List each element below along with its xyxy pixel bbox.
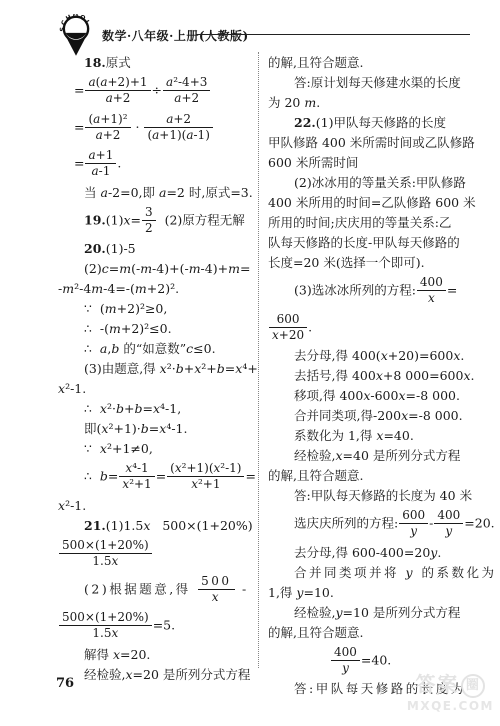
fraction: 600y [399,508,428,539]
content-line: 当 a-2=0,即 a=2 时,原式=3. [58,182,255,202]
text-run: (1)1.5x 500×(1+20%) [106,518,253,533]
text-run: 去分母,得 600-400=20y. [294,545,441,560]
content-line: ∴ a,b 的“如意数”c≤0. [58,338,255,358]
text-run: 合并同类项并将 y 的系数化为 [294,565,497,580]
content-line: ∵ (m+2)²≥0, [58,298,255,318]
fraction: 500x [198,574,234,605]
content-line: 的解,且符合题意. [268,465,470,485]
text-run: 选庆庆所列的方程: [294,516,398,531]
page-content: 18.原式=a(a+2)+1a+2÷a²-4+3a+2=(a+1)²a+2 · … [58,52,470,674]
text-run: ∴ x²·b+b=x⁴-1, [84,401,181,416]
fraction: a+2(a+1)(a-1) [144,112,212,143]
fraction: a+1a-1 [85,148,116,179]
text-run: = [156,469,166,484]
fraction: a(a+2)+1a+2 [85,75,150,106]
text-run: x²-1. [58,498,86,513]
fraction: 500×(1+20%)1.5x [59,610,152,641]
problem-number: 19. [84,212,106,227]
text-run: 经检验,y=10 是所列分式方程 [294,605,460,620]
content-line: 600x+20. [268,309,470,346]
watermark-brand: 答案圈 [407,672,494,698]
content-line: 答:原计划每天修建水渠的长度 [268,72,470,92]
content-line: 去分母,得 600-400=20y. [268,542,470,562]
text-run: 的解,且符合题意. [268,55,363,70]
content-line: 为 20 m. [268,92,470,112]
page-header: SCHOOL 数学·八年级·上册(人教版) [58,14,470,56]
book-title: 数学·八年级·上册(人教版) [102,27,249,44]
left-column: 18.原式=a(a+2)+1a+2÷a²-4+3a+2=(a+1)²a+2 · … [58,52,255,674]
text-run: - [236,581,249,596]
content-line: 经检验,x=20 是所列分式方程 [58,664,255,684]
fraction: (a+1)²a+2 [85,112,130,143]
content-line: 系数化为 1,得 x=40. [268,425,470,445]
fraction: (x²+1)(x²-1)x²+1 [167,461,244,492]
text-run: 当 a-2=0,即 a=2 时,原式=3. [84,185,253,200]
text-run: 甲队修路 400 米所需时间或乙队修路 [268,135,475,150]
text-run: . [308,319,312,334]
content-line: 600 米所需时间 [268,152,470,172]
text-run: = [245,469,255,484]
content-line: 经检验,x=40 是所列分式方程 [268,445,470,465]
fraction: 600x+20 [269,312,307,343]
text-run: 为 20 m. [268,95,320,110]
text-run: = [74,156,84,171]
content-line: 20.(1)-5 [58,238,255,258]
text-run: 经检验,x=40 是所列分式方程 [294,448,460,463]
text-run: 去分母,得 400(x+20)=600x. [294,348,464,363]
text-run: (2)冰冰用的等量关系:甲队修路 [294,175,466,190]
content-line: 的解,且符合题意. [268,622,470,642]
textbook-page: SCHOOL 数学·八年级·上册(人教版) 18.原式=a(a+2)+1a+2÷… [0,0,500,726]
content-line: 500×(1+20%)1.5x [58,535,255,571]
text-run: 经检验,x=20 是所列分式方程 [84,667,250,682]
problem-number: 20. [84,241,106,256]
problem-number: 21. [84,518,106,533]
text-run: ÷ [152,83,162,98]
right-column: 的解,且符合题意.答:原计划每天修建水渠的长度为 20 m.22.(1)甲队每天… [268,52,470,674]
text-run: 答:甲队每天修路的长度为 40 米 [294,488,472,503]
content-line: ∴ x²·b+b=x⁴-1, [58,398,255,418]
content-line: 选庆庆所列的方程:600y-400y=20. [268,505,470,542]
content-line: 22.(1)甲队每天修路的长度 [268,112,470,132]
text-run: · [132,119,144,134]
content-line: x²-1. [58,495,255,515]
content-line: 去分母,得 400(x+20)=600x. [268,345,470,365]
watermark-domain: MXQE.COM [407,699,494,713]
fraction: a²-4+3a+2 [163,75,210,106]
text-run: 队每天修路的长度-甲队每天修路的 [268,235,460,250]
header-rule [196,34,470,35]
text-run: x²-1. [58,381,86,396]
content-line: 经检验,y=10 是所列分式方程 [268,602,470,622]
text-run: 即(x²+1)·b=x⁴-1. [84,421,187,436]
content-line: 即(x²+1)·b=x⁴-1. [58,418,255,438]
text-run: ∵ x²+1≠0, [84,441,153,456]
text-run: - [429,516,433,531]
content-line: (3)由题意,得 x²·b+x²+b=x⁴+ [58,358,255,378]
content-line: =a+1a-1. [58,145,255,182]
text-run: 1,得 y=10. [268,585,334,600]
content-line: (2)c=m(-m-4)+(-m-4)+m= [58,258,255,278]
text-run: 的解,且符合题意. [268,468,363,483]
text-run: 解得 x=20. [84,647,150,662]
content-line: 1,得 y=10. [268,582,470,602]
content-line: (3)选冰冰所列的方程:400x= [268,272,470,309]
text-run: = [447,283,457,298]
column-divider [258,52,259,668]
content-line: ∵ x²+1≠0, [58,438,255,458]
content-line: 21.(1)1.5x 500×(1+20%) [58,515,255,535]
text-run: = [74,83,84,98]
content-line: 移项,得 400x-600x=-8 000. [268,385,470,405]
watermark: 答案圈 MXQE.COM [407,672,494,713]
watermark-circle-badge: 圈 [461,674,485,698]
content-line: (2)根据题意,得 500x - [58,571,255,608]
content-line: ∴ b=x⁴-1x²+1=(x²+1)(x²-1)x²+1= [58,458,255,495]
text-run: (2)根据题意,得 [84,581,197,596]
text-run: 移项,得 400x-600x=-8 000. [294,388,460,403]
watermark-brand-text: 答案 [415,672,459,696]
text-run: 所用的时间;庆庆用的等量关系:乙 [268,215,451,230]
text-run: (1)-5 [106,241,136,256]
text-run: 600 米所需时间 [268,155,358,170]
text-run: =5. [153,618,175,633]
problem-number: 18. [84,55,106,70]
content-line: 500×(1+20%)1.5x=5. [58,607,255,644]
content-line: ∴ -(m+2)²≤0. [58,318,255,338]
content-line: 18.原式 [58,52,255,72]
content-line: 合并同类项并将 y 的系数化为 [268,562,470,582]
text-run: (1)甲队每天修路的长度 [316,115,446,130]
text-run: 原式 [106,55,131,70]
text-run: . [117,156,121,171]
text-run: =40. [361,652,391,667]
content-line: 队每天修路的长度-甲队每天修路的 [268,232,470,252]
text-run: =20. [464,516,494,531]
content-line: 所用的时间;庆庆用的等量关系:乙 [268,212,470,232]
problem-number: 22. [294,115,316,130]
text-run: ∵ (m+2)²≥0, [84,301,167,316]
fraction: 500×(1+20%)1.5x [59,538,152,569]
text-run: 系数化为 1,得 x=40. [294,428,414,443]
text-run: 400 米所用的时间=乙队修路 600 米 [268,195,476,210]
fraction: x⁴-1x²+1 [119,461,154,492]
content-line: 长度=20 米(选择一个即可). [268,252,470,272]
text-run: -m²-4m-4=-(m+2)². [58,281,179,296]
content-line: 解得 x=20. [58,644,255,664]
content-line: -m²-4m-4=-(m+2)². [58,278,255,298]
text-run: ∴ b= [84,469,118,484]
text-run: ∴ a,b 的“如意数”c≤0. [84,341,216,356]
text-run: ∴ -(m+2)²≤0. [84,321,172,336]
text-run: (3)选冰冰所列的方程: [294,283,416,298]
content-line: 去括号,得 400x+8 000=600x. [268,365,470,385]
content-line: =a(a+2)+1a+2÷a²-4+3a+2 [58,72,255,109]
content-line: 400 米所用的时间=乙队修路 600 米 [268,192,470,212]
text-run: (2)c=m(-m-4)+(-m-4)+m= [84,261,250,276]
page-number: 76 [56,676,74,691]
content-line: (2)冰冰用的等量关系:甲队修路 [268,172,470,192]
fraction: 32 [142,205,156,236]
content-line: x²-1. [58,378,255,398]
text-run: 去括号,得 400x+8 000=600x. [294,368,475,383]
content-line: 合并同类项,得-200x=-8 000. [268,405,470,425]
text-run: 合并同类项,得-200x=-8 000. [294,408,463,423]
content-line: 答:甲队每天修路的长度为 40 米 [268,485,470,505]
content-line: 甲队修路 400 米所需时间或乙队修路 [268,132,470,152]
content-line: 的解,且符合题意. [268,52,470,72]
fraction: 400y [331,645,360,676]
text-run: 答:原计划每天修建水渠的长度 [294,75,461,90]
text-run: 长度=20 米(选择一个即可). [268,255,425,270]
text-run: (3)由题意,得 x²·b+x²+b=x⁴+ [84,361,258,376]
text-run: (1)x= [106,212,141,227]
text-run: = [74,119,84,134]
fraction: 400x [417,275,446,306]
fraction: 400y [434,508,463,539]
content-line: =(a+1)²a+2 · a+2(a+1)(a-1) [58,109,255,146]
text-run: 的解,且符合题意. [268,625,363,640]
content-line: 19.(1)x=32 (2)原方程无解 [58,202,255,239]
text-run: (2)原方程无解 [157,212,245,227]
